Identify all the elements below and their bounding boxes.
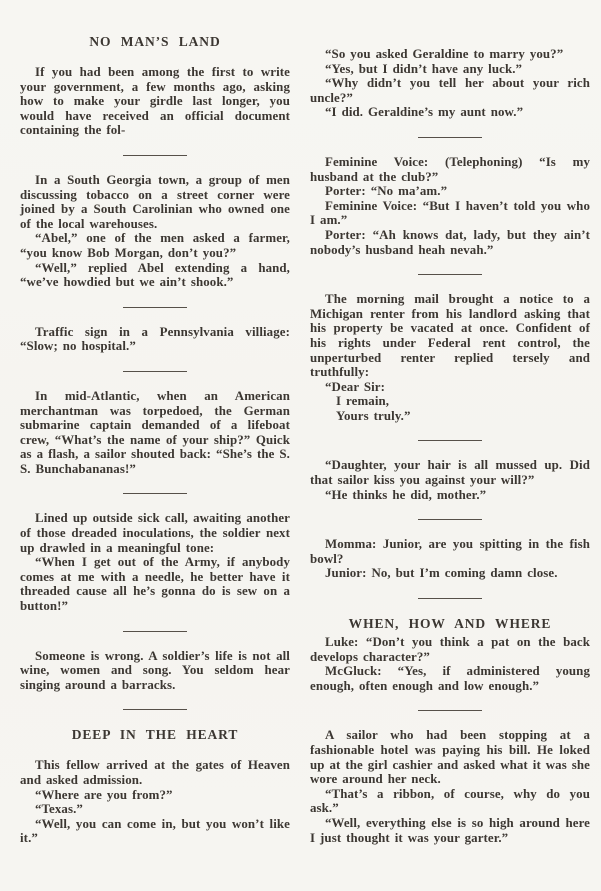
joke-paragraph: “Where are you from?” (20, 788, 290, 803)
joke-paragraph: In a South Georgia town, a group of men … (20, 173, 290, 231)
joke-paragraph: “He thinks he did, mother.” (310, 488, 590, 503)
joke-paragraph: Momma: Junior, are you spitting in the f… (310, 537, 590, 566)
joke-paragraph: “Abel,” one of the men asked a farmer, “… (20, 231, 290, 260)
left-column: NO MAN’S LANDIf you had been among the f… (20, 34, 290, 891)
joke-paragraph: “Texas.” (20, 802, 290, 817)
joke-paragraph: Lined up outside sick call, awaiting ano… (20, 511, 290, 555)
joke-paragraph: This fellow arrived at the gates of Heav… (20, 758, 290, 787)
joke-paragraph: If you had been among the first to write… (20, 65, 290, 138)
joke-story: “So you asked Geraldine to marry you?”“Y… (310, 47, 590, 120)
section-divider (123, 371, 187, 372)
joke-paragraph: Luke: “Don’t you think a pat on the back… (310, 635, 590, 664)
joke-paragraph: “Well, you can come in, but you won’t li… (20, 817, 290, 846)
joke-story: In mid-Atlantic, when an American mercha… (20, 389, 290, 477)
joke-story: Feminine Voice: (Telephoning) “Is my hus… (310, 155, 590, 257)
joke-paragraph: I remain, (310, 394, 590, 409)
joke-paragraph: “Daughter, your hair is all mussed up. D… (310, 458, 590, 487)
joke-paragraph: “Well,” replied Abel extending a hand, “… (20, 261, 290, 290)
section-divider (418, 137, 482, 138)
joke-paragraph: “Yes, but I didn’t have any luck.” (310, 62, 590, 77)
joke-paragraph: “Dear Sir: (310, 380, 590, 395)
joke-paragraph: McGluck: “Yes, if administered young eno… (310, 664, 590, 693)
joke-paragraph: “When I get out of the Army, if anybody … (20, 555, 290, 613)
joke-paragraph: A sailor who had been stopping at a fash… (310, 728, 590, 786)
section-divider (123, 631, 187, 632)
joke-story: In a South Georgia town, a group of men … (20, 173, 290, 290)
joke-story: “Daughter, your hair is all mussed up. D… (310, 458, 590, 502)
joke-paragraph: Someone is wrong. A soldier’s life is no… (20, 649, 290, 693)
joke-paragraph: Yours truly.” (310, 409, 590, 424)
section-divider (123, 493, 187, 494)
joke-story: The morning mail brought a notice to a M… (310, 292, 590, 423)
joke-paragraph: “That’s a ribbon, of course, why do you … (310, 787, 590, 816)
joke-story: Traffic sign in a Pennsylvania villiage:… (20, 325, 290, 354)
section-divider (418, 440, 482, 441)
joke-paragraph: Junior: No, but I’m coming damn close. (310, 566, 590, 581)
joke-story: If you had been among the first to write… (20, 65, 290, 138)
joke-story: Lined up outside sick call, awaiting ano… (20, 511, 290, 613)
section-heading: WHEN, HOW AND WHERE (310, 616, 590, 632)
joke-paragraph: Porter: “Ah knows dat, lady, but they ai… (310, 228, 590, 257)
joke-paragraph: The morning mail brought a notice to a M… (310, 292, 590, 380)
section-divider (123, 307, 187, 308)
joke-story: This fellow arrived at the gates of Heav… (20, 758, 290, 846)
section-divider (418, 710, 482, 711)
page: NO MAN’S LANDIf you had been among the f… (0, 0, 601, 891)
right-column: “So you asked Geraldine to marry you?”“Y… (310, 34, 590, 891)
joke-paragraph: “Well, everything else is so high around… (310, 816, 590, 845)
section-divider (418, 519, 482, 520)
joke-story: Someone is wrong. A soldier’s life is no… (20, 649, 290, 693)
joke-paragraph: In mid-Atlantic, when an American mercha… (20, 389, 290, 477)
joke-paragraph: Traffic sign in a Pennsylvania villiage:… (20, 325, 290, 354)
joke-story: Momma: Junior, are you spitting in the f… (310, 537, 590, 581)
section-divider (123, 155, 187, 156)
joke-paragraph: “So you asked Geraldine to marry you?” (310, 47, 590, 62)
joke-story: Luke: “Don’t you think a pat on the back… (310, 635, 590, 693)
joke-paragraph: Feminine Voice: “But I haven’t told you … (310, 199, 590, 228)
section-divider (418, 274, 482, 275)
joke-paragraph: Feminine Voice: (Telephoning) “Is my hus… (310, 155, 590, 184)
joke-paragraph: “Why didn’t you tell her about your rich… (310, 76, 590, 105)
joke-paragraph: “I did. Geraldine’s my aunt now.” (310, 105, 590, 120)
joke-paragraph: Porter: “No ma’am.” (310, 184, 590, 199)
section-divider (418, 598, 482, 599)
joke-story: A sailor who had been stopping at a fash… (310, 728, 590, 845)
section-heading: DEEP IN THE HEART (20, 727, 290, 743)
section-heading: NO MAN’S LAND (20, 34, 290, 50)
section-divider (123, 709, 187, 710)
